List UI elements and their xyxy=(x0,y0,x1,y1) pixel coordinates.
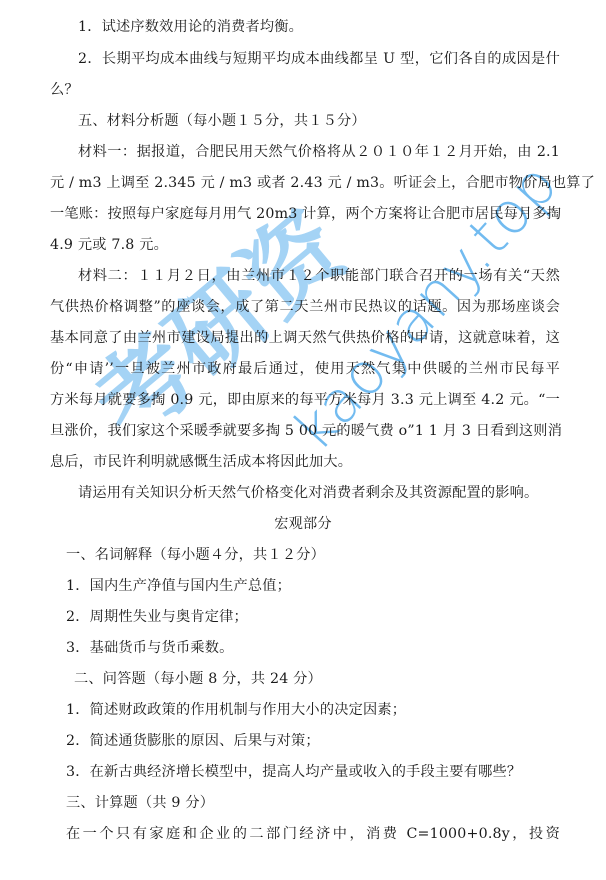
section-five-heading: 五、材料分析题（每小题１５分，共１５分） xyxy=(78,111,588,131)
document-page: 考研资 kaoyany.top 1．试述序数效用论的消费者均衡。 2．长期平均成… xyxy=(0,0,606,880)
material-one-line: 元 / m3 上调至 2.345 元 / m3 或者 2.43 元 / m3。听… xyxy=(50,173,560,193)
macro-three-body: 在一个只有家庭和企业的二部门经济中，消费 C=1000+0.8y，投资 xyxy=(66,824,560,844)
macro-three-heading: 三、计算题（共 9 分） xyxy=(66,793,576,813)
material-one-line: 4.9 元或 7.8 元。 xyxy=(50,235,560,255)
macro-two-heading: 二、问答题（每小题 8 分，共 24 分） xyxy=(74,669,584,689)
question-micro-4-1: 1．试述序数效用论的消费者均衡。 xyxy=(78,17,588,37)
material-one-line: 一笔账：按照每户家庭每月用气 20m3 计算，两个方案将让合肥市居民每月多掏 xyxy=(50,204,560,224)
macro-one-heading: 一、名词解释（每小题４分，共１２分） xyxy=(66,545,576,565)
material-one-line: 材料一：据报道，合肥民用天然气价格将从２０１０年１２月开始，由 2.1 xyxy=(78,142,560,162)
macro-one-item: 1．国内生产净值与国内生产总值； xyxy=(66,576,576,596)
macro-two-item: 1．简述财政政策的作用机制与作用大小的决定因素； xyxy=(66,700,576,720)
material-two-line: 份“申请’’一旦被兰州市政府最后通过，使用天然气集中供暖的兰州市民每平 xyxy=(50,359,560,379)
material-two-line: 材料二：１１月２日，由兰州市１２个职能部门联合召开的一场有关“天然 xyxy=(78,266,560,286)
question-micro-4-2: 2．长期平均成本曲线与短期平均成本曲线都呈 U 型，它们各自的成因是什 xyxy=(78,49,560,69)
macro-one-item: 3．基础货币与货币乘数。 xyxy=(66,638,576,658)
macro-section-title: 宏观部分 xyxy=(0,514,606,534)
macro-two-item: 2．简述通货膨胀的原因、后果与对策； xyxy=(66,731,576,751)
material-two-line: 气供热价格调整”的座谈会，成了第二天兰州市民热议的话题。因为那场座谈会 xyxy=(50,297,560,317)
question-micro-4-2-cont: 么？ xyxy=(50,80,560,100)
section-five-question: 请运用有关知识分析天然气价格变化对消费者剩余及其资源配置的影响。 xyxy=(78,483,588,503)
material-two-line: 旦涨价，我们家这个采暖季就要多掏 5 00 元的暖气费 o”1 1 月 3 日看… xyxy=(50,421,560,441)
macro-two-item: 3．在新古典经济增长模型中，提高人均产量或收入的手段主要有哪些？ xyxy=(66,762,576,782)
material-two-line: 方米每月就要多掏 0.9 元，即由原来的每平方米每月 3.3 元上调至 4.2 … xyxy=(50,390,560,410)
material-two-line: 息后，市民许利明就感慨生活成本将因此加大。 xyxy=(50,452,560,472)
macro-one-item: 2．周期性失业与奥肯定律； xyxy=(66,607,576,627)
material-two-line: 基本同意了由兰州市建设局提出的上调天然气供热价格的申请，这就意味着，这 xyxy=(50,328,560,348)
